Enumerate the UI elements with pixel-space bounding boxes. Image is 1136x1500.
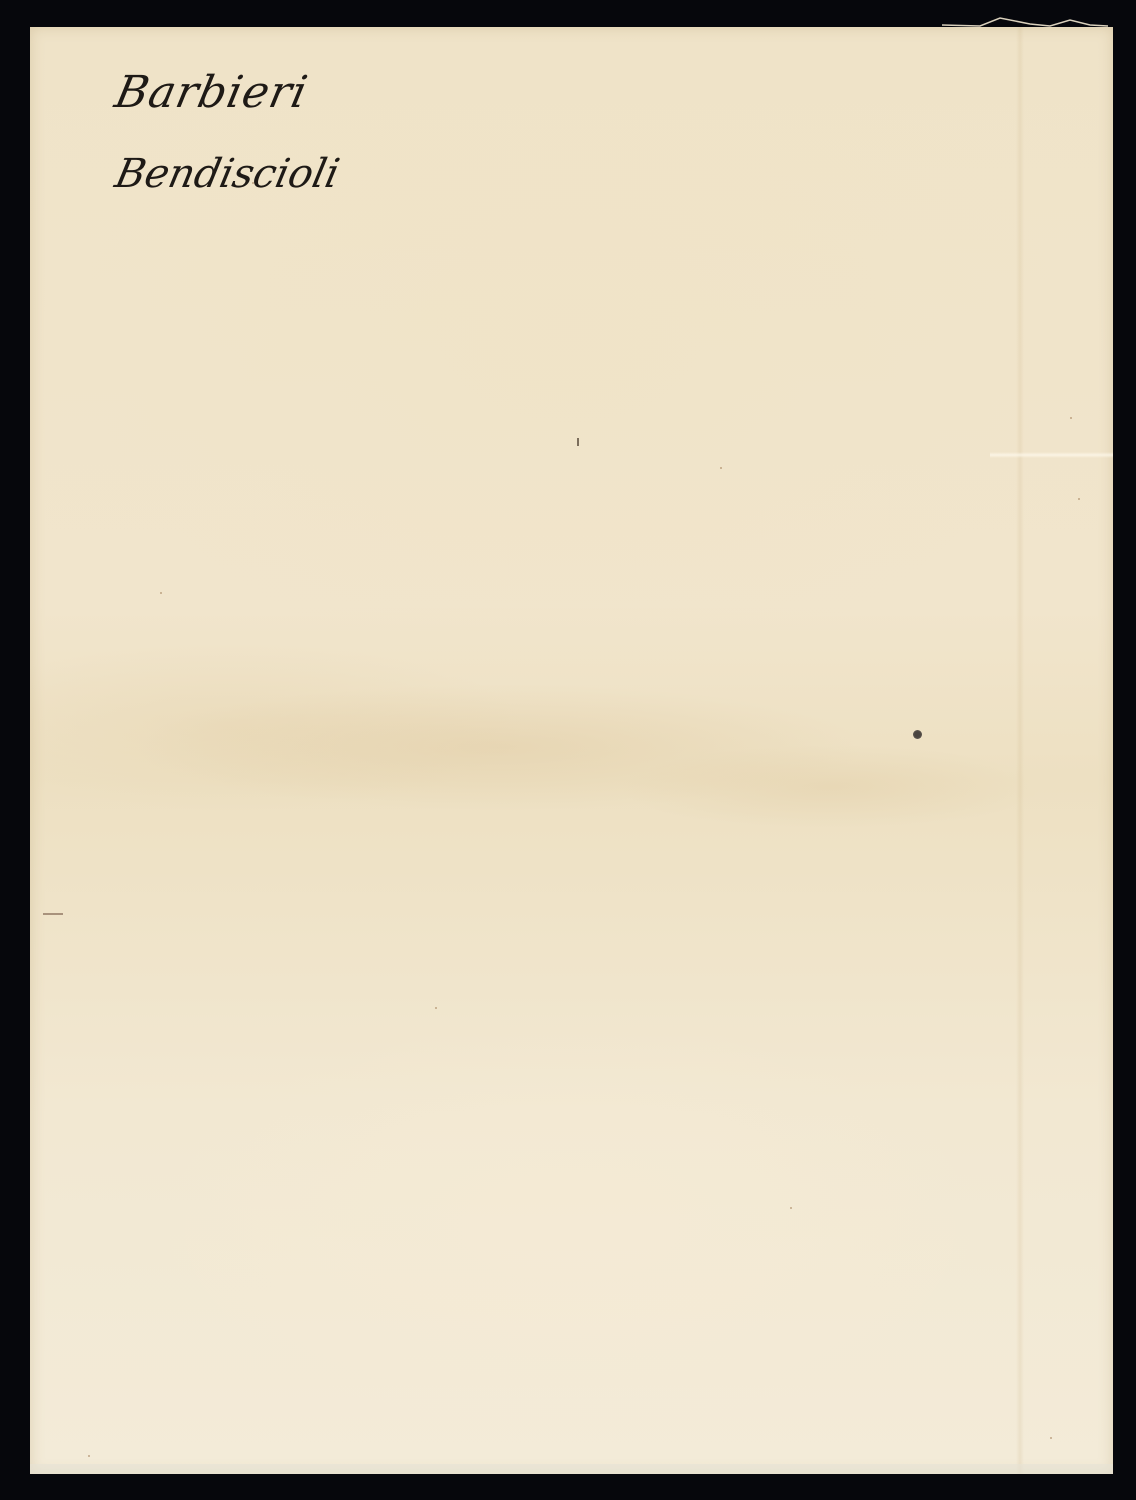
paper-speck xyxy=(435,1007,437,1009)
paper-bottom-edge xyxy=(30,1464,1113,1474)
fold-line xyxy=(1016,27,1024,1474)
paper-speck xyxy=(790,1207,792,1209)
paper-speck xyxy=(1050,1437,1052,1439)
torn-edge-mark xyxy=(940,16,1110,28)
pencil-tick-mark xyxy=(577,438,579,446)
paper-speck xyxy=(160,592,162,594)
edge-stain-mark xyxy=(43,913,63,915)
paper-speck xyxy=(252,182,254,184)
paper-speck xyxy=(1070,417,1072,419)
paper-sheet: Barbieri Bendiscioli xyxy=(30,27,1113,1474)
crease-line xyxy=(990,452,1113,458)
paper-speck xyxy=(1078,498,1080,500)
paper-speck xyxy=(720,467,722,469)
handwritten-name-barbieri: Barbieri xyxy=(111,67,313,118)
handwritten-name-bendiscioli: Bendiscioli xyxy=(111,151,343,197)
ink-dot-mark xyxy=(913,730,922,739)
handwritten-annotation: Barbieri Bendiscioli xyxy=(116,67,416,227)
paper-speck xyxy=(88,1455,90,1457)
